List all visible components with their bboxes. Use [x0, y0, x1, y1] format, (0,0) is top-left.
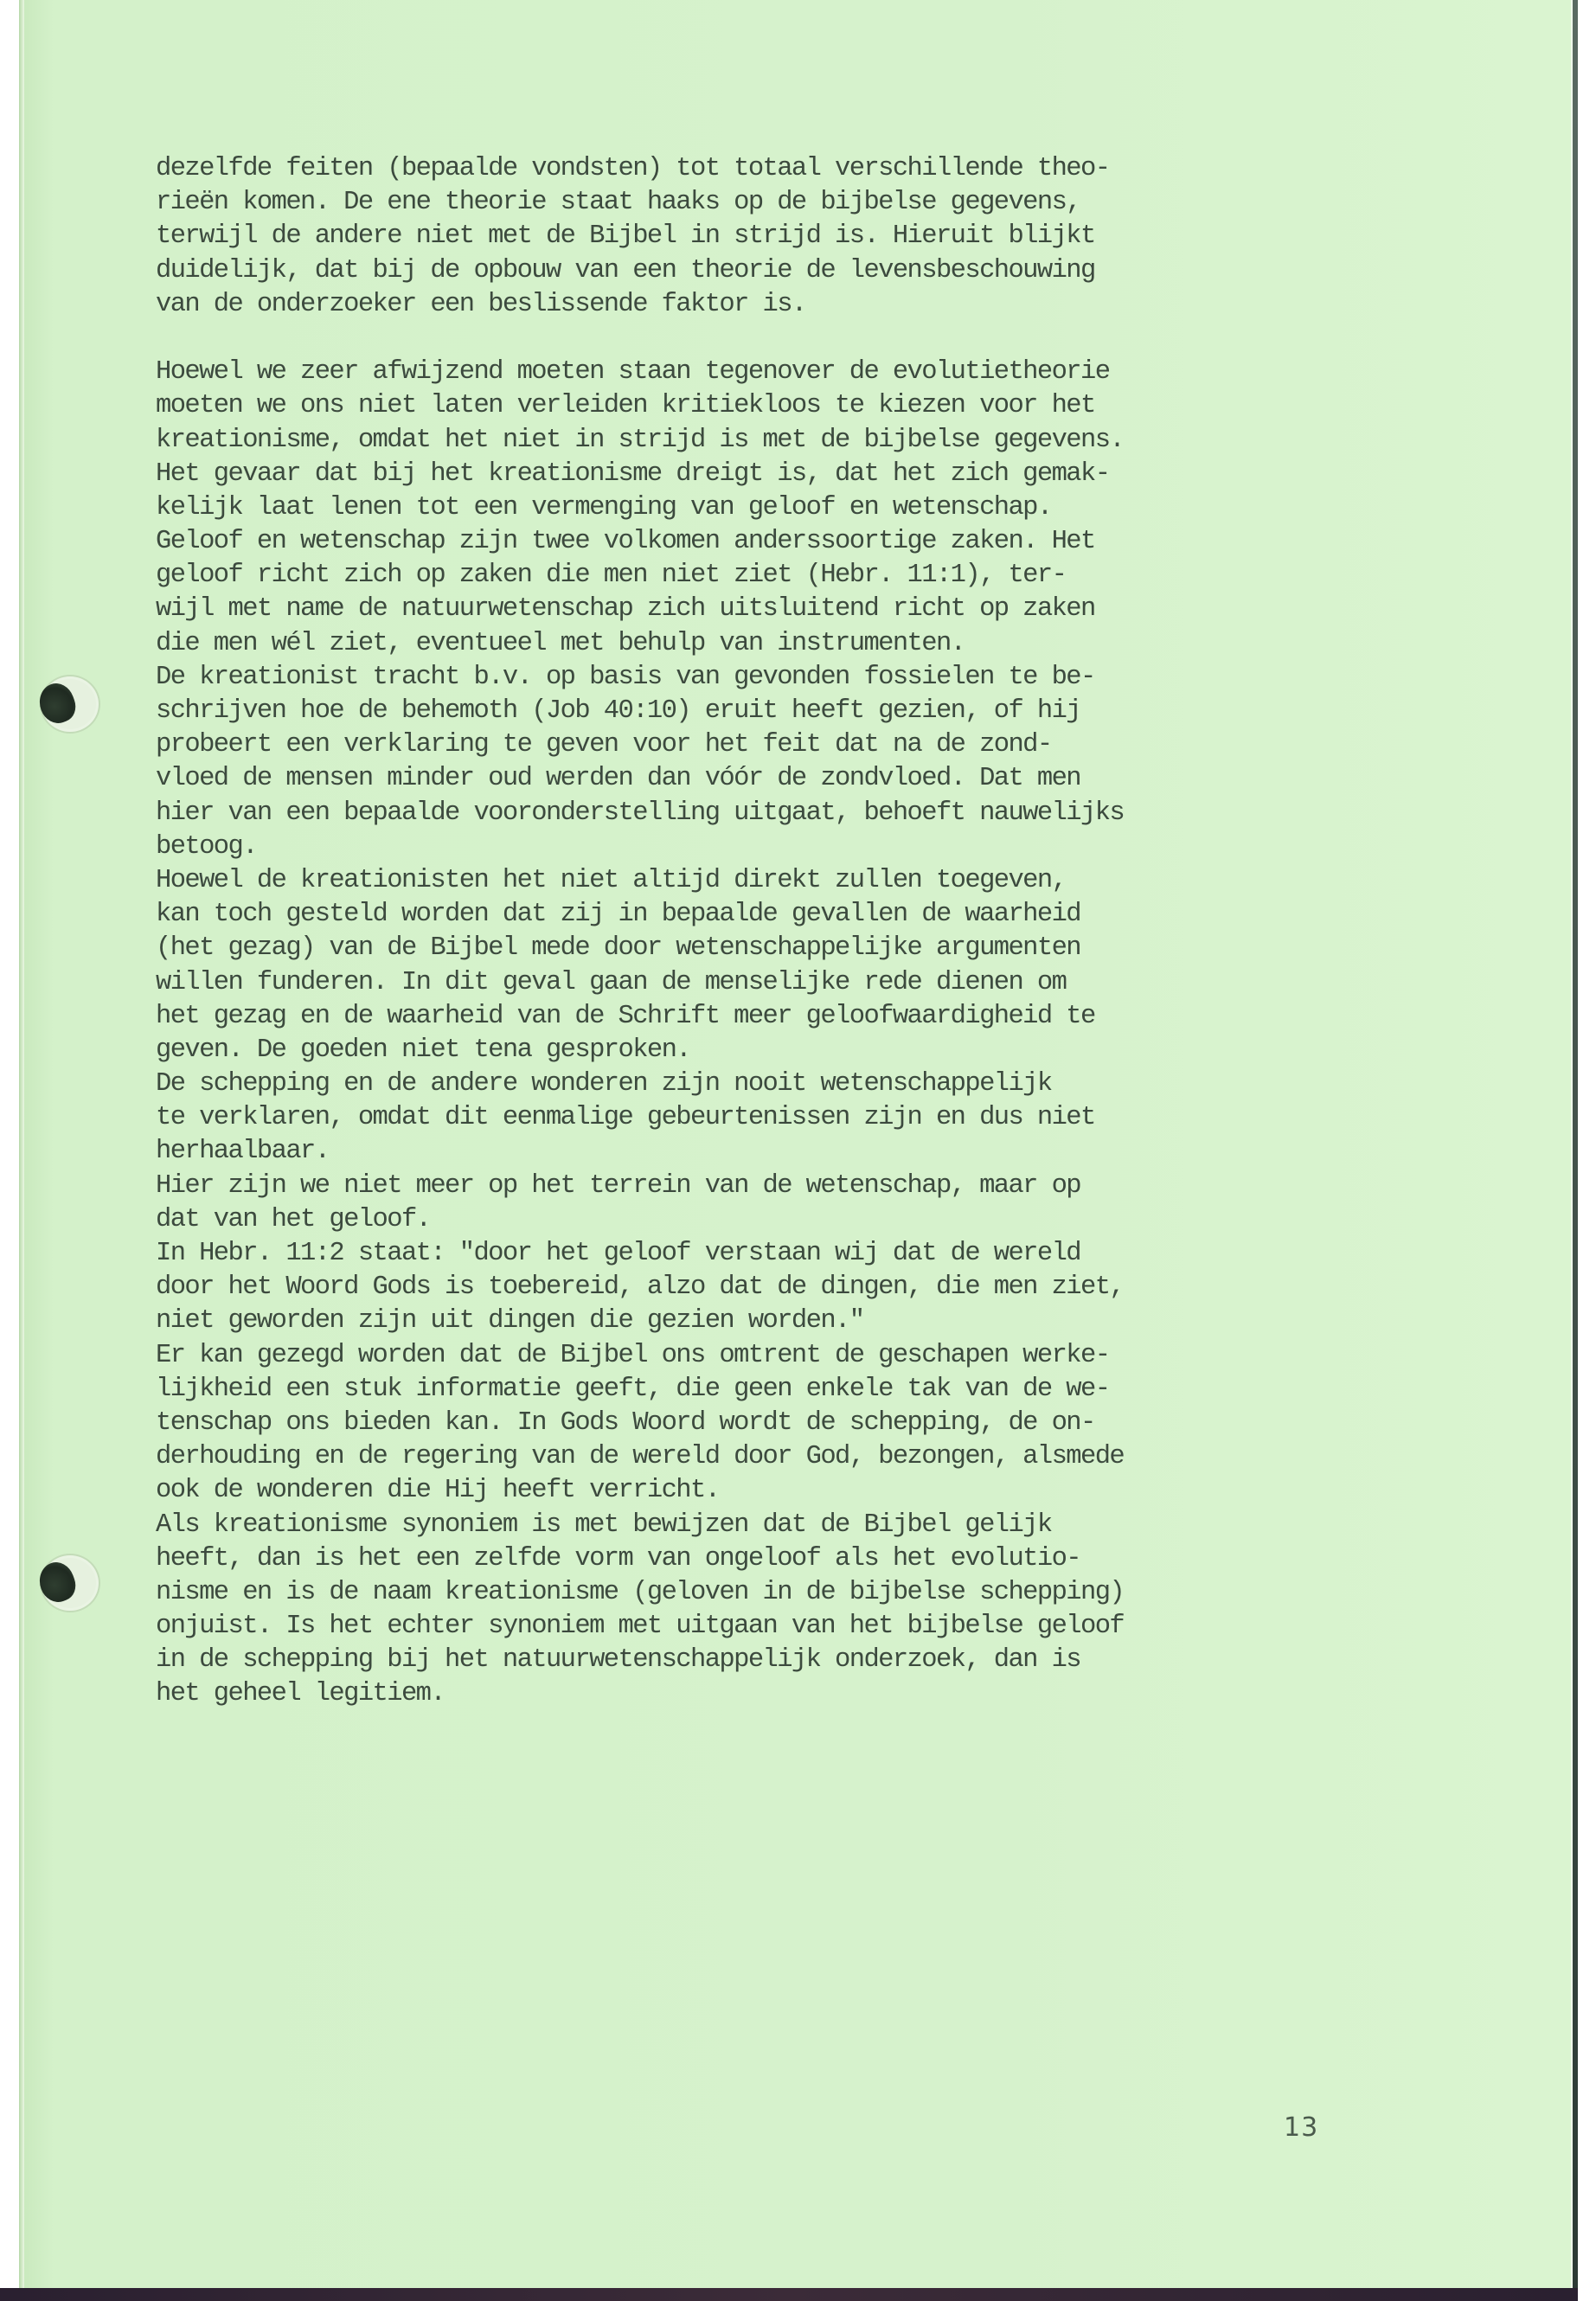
text-line: duidelijk, dat bij de opbouw van een the… — [156, 254, 1367, 288]
text-line: het gezag en de waarheid van de Schrift … — [156, 1000, 1367, 1034]
text-line: kan toch gesteld worden dat zij in bepaa… — [156, 898, 1367, 932]
text-line: Hier zijn we niet meer op het terrein va… — [156, 1170, 1367, 1203]
text-line: hier van een bepaalde vooronderstelling … — [156, 797, 1367, 830]
text-line: nisme en is de naam kreationisme (gelove… — [156, 1576, 1367, 1610]
text-line: tenschap ons bieden kan. In Gods Woord w… — [156, 1407, 1367, 1440]
paragraph-break — [156, 322, 1367, 356]
text-line: kelijk laat lenen tot een vermenging van… — [156, 491, 1367, 525]
text-line: Hoewel de kreationisten het niet altijd … — [156, 864, 1367, 898]
text-line: die men wél ziet, eventueel met behulp v… — [156, 627, 1367, 661]
text-line: het geheel legitiem. — [156, 1677, 1367, 1711]
text-line: herhaalbaar. — [156, 1135, 1367, 1169]
body-text: dezelfde feiten (bepaalde vondsten) tot … — [156, 152, 1367, 1712]
text-line: willen funderen. In dit geval gaan de me… — [156, 966, 1367, 1000]
text-line: In Hebr. 11:2 staat: "door het geloof ve… — [156, 1237, 1367, 1271]
text-line: schrijven hoe de behemoth (Job 40:10) er… — [156, 695, 1367, 728]
text-line: De kreationist tracht b.v. op basis van … — [156, 661, 1367, 695]
text-line: moeten we ons niet laten verleiden kriti… — [156, 389, 1367, 423]
text-line: ook de wonderen die Hij heeft verricht. — [156, 1474, 1367, 1508]
text-line: De schepping en de andere wonderen zijn … — [156, 1067, 1367, 1101]
text-line: dat van het geloof. — [156, 1203, 1367, 1237]
text-line: rieën komen. De ene theorie staat haaks … — [156, 186, 1367, 220]
text-line: Het gevaar dat bij het kreationisme drei… — [156, 458, 1367, 491]
text-line: onjuist. Is het echter synoniem met uitg… — [156, 1610, 1367, 1644]
punch-hole-icon — [33, 671, 97, 732]
text-line: Als kreationisme synoniem is met bewijze… — [156, 1509, 1367, 1542]
text-line: betoog. — [156, 830, 1367, 864]
text-line: niet geworden zijn uit dingen die gezien… — [156, 1304, 1367, 1338]
text-line: te verklaren, omdat dit eenmalige gebeur… — [156, 1101, 1367, 1135]
text-line: probeert een verklaring te geven voor he… — [156, 728, 1367, 762]
text-line: kreationisme, omdat het niet in strijd i… — [156, 424, 1367, 458]
text-line: vloed de mensen minder oud werden dan vó… — [156, 762, 1367, 796]
punch-hole-icon — [33, 1550, 97, 1611]
text-line: heeft, dan is het een zelfde vorm van on… — [156, 1542, 1367, 1576]
text-line: van de onderzoeker een beslissende fakto… — [156, 288, 1367, 322]
text-line: wijl met name de natuurwetenschap zich u… — [156, 593, 1367, 626]
text-line: door het Woord Gods is toebereid, alzo d… — [156, 1271, 1367, 1304]
text-line: in de schepping bij het natuurwetenschap… — [156, 1644, 1367, 1677]
page-bottom-edge — [0, 2288, 1578, 2301]
text-line: (het gezag) van de Bijbel mede door wete… — [156, 932, 1367, 965]
text-line: geloof richt zich op zaken die men niet … — [156, 559, 1367, 593]
text-line: lijkheid een stuk informatie geeft, die … — [156, 1373, 1367, 1407]
text-line: terwijl de andere niet met de Bijbel in … — [156, 220, 1367, 253]
page-number: 13 — [1284, 2112, 1318, 2143]
text-line: geven. De goeden niet tena gesproken. — [156, 1034, 1367, 1067]
text-line: Hoewel we zeer afwijzend moeten staan te… — [156, 356, 1367, 389]
text-line: dezelfde feiten (bepaalde vondsten) tot … — [156, 152, 1367, 186]
page-right-edge — [1573, 0, 1578, 2301]
page-left-edge — [19, 0, 24, 2288]
text-line: Er kan gezegd worden dat de Bijbel ons o… — [156, 1339, 1367, 1373]
text-line: Geloof en wetenschap zijn twee volkomen … — [156, 525, 1367, 559]
text-line: derhouding en de regering van de wereld … — [156, 1440, 1367, 1474]
